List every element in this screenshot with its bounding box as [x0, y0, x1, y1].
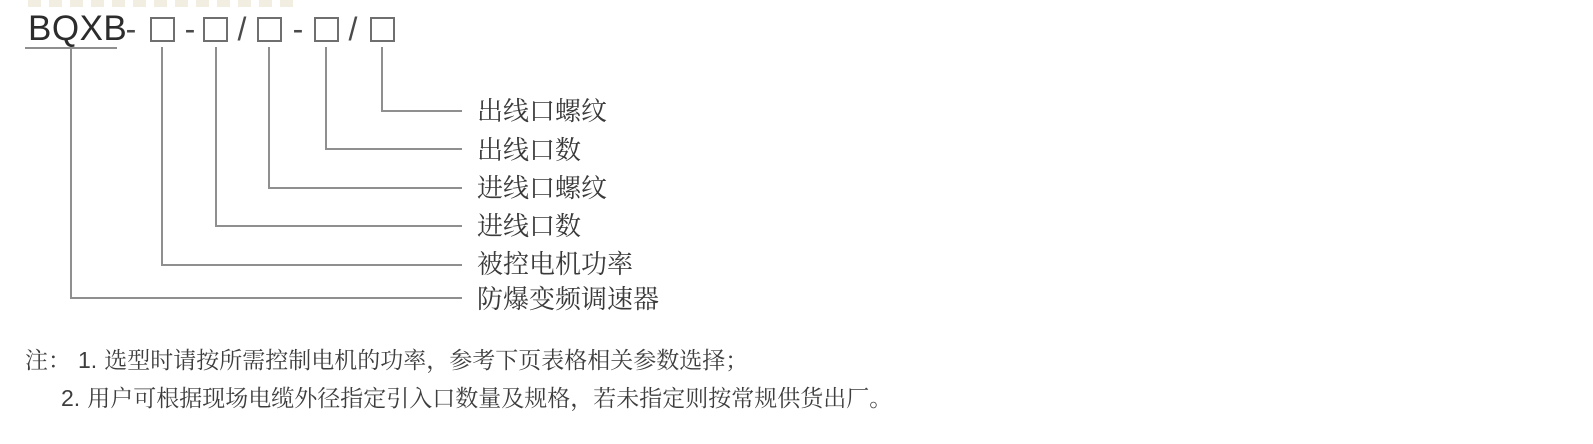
leader-horizontal-outlet-count	[325, 148, 462, 150]
clipped-heading-remnant	[28, 0, 293, 7]
label-outlet-port-thread: 出线口螺纹	[477, 96, 607, 126]
note-line-1: 注： 1. 选型时请按所需控制电机的功率，参考下页表格相关参数选择；	[25, 347, 748, 374]
note-2-text: 用户可根据现场电缆外径指定引入口数量及规格，若未指定则按常规供货出厂。	[87, 385, 892, 412]
dash-separator: -	[185, 13, 196, 45]
label-explosionproof-vfd: 防爆变频调速器	[477, 284, 659, 314]
leader-vertical-inlet-count	[215, 47, 217, 227]
leader-horizontal-product-type	[70, 297, 462, 299]
label-controlled-motor-power: 被控电机功率	[477, 249, 633, 279]
model-placeholder-box-4	[314, 17, 339, 42]
model-designation-diagram: BQXB - - / - / 出线口螺纹 出线口数 进线口螺纹 进线口数 被控电…	[0, 0, 1593, 444]
leader-vertical-outlet-count	[325, 47, 327, 150]
leader-horizontal-motor-power	[161, 264, 462, 266]
leader-vertical-inlet-thread	[268, 47, 270, 189]
note-line-2: 2. 用户可根据现场电缆外径指定引入口数量及规格，若未指定则按常规供货出厂。	[61, 385, 892, 412]
leader-vertical-motor-power	[161, 47, 163, 266]
note-prefix: 注：	[25, 347, 71, 374]
model-placeholder-box-2	[203, 17, 228, 42]
model-placeholder-box-3	[257, 17, 282, 42]
slash-separator: /	[238, 13, 247, 45]
dash-separator: -	[293, 13, 304, 45]
label-inlet-port-count: 进线口数	[477, 211, 581, 241]
model-placeholder-box-5	[370, 17, 395, 42]
leader-vertical-product-type	[70, 48, 72, 299]
dash-separator: -	[126, 13, 137, 45]
note-1-text: 选型时请按所需控制电机的功率，参考下页表格相关参数选择；	[104, 347, 748, 374]
model-placeholder-box-1	[150, 17, 175, 42]
leader-horizontal-inlet-thread	[268, 187, 462, 189]
slash-separator: /	[349, 13, 358, 45]
note-1-number: 1.	[78, 347, 97, 374]
note-2-number: 2.	[61, 385, 80, 412]
model-code-prefix: BQXB	[28, 11, 127, 46]
leader-horizontal-outlet-thread	[381, 110, 462, 112]
label-inlet-port-thread: 进线口螺纹	[477, 173, 607, 203]
leader-horizontal-inlet-count	[215, 225, 462, 227]
leader-vertical-outlet-thread	[381, 47, 383, 112]
label-outlet-port-count: 出线口数	[477, 135, 581, 165]
